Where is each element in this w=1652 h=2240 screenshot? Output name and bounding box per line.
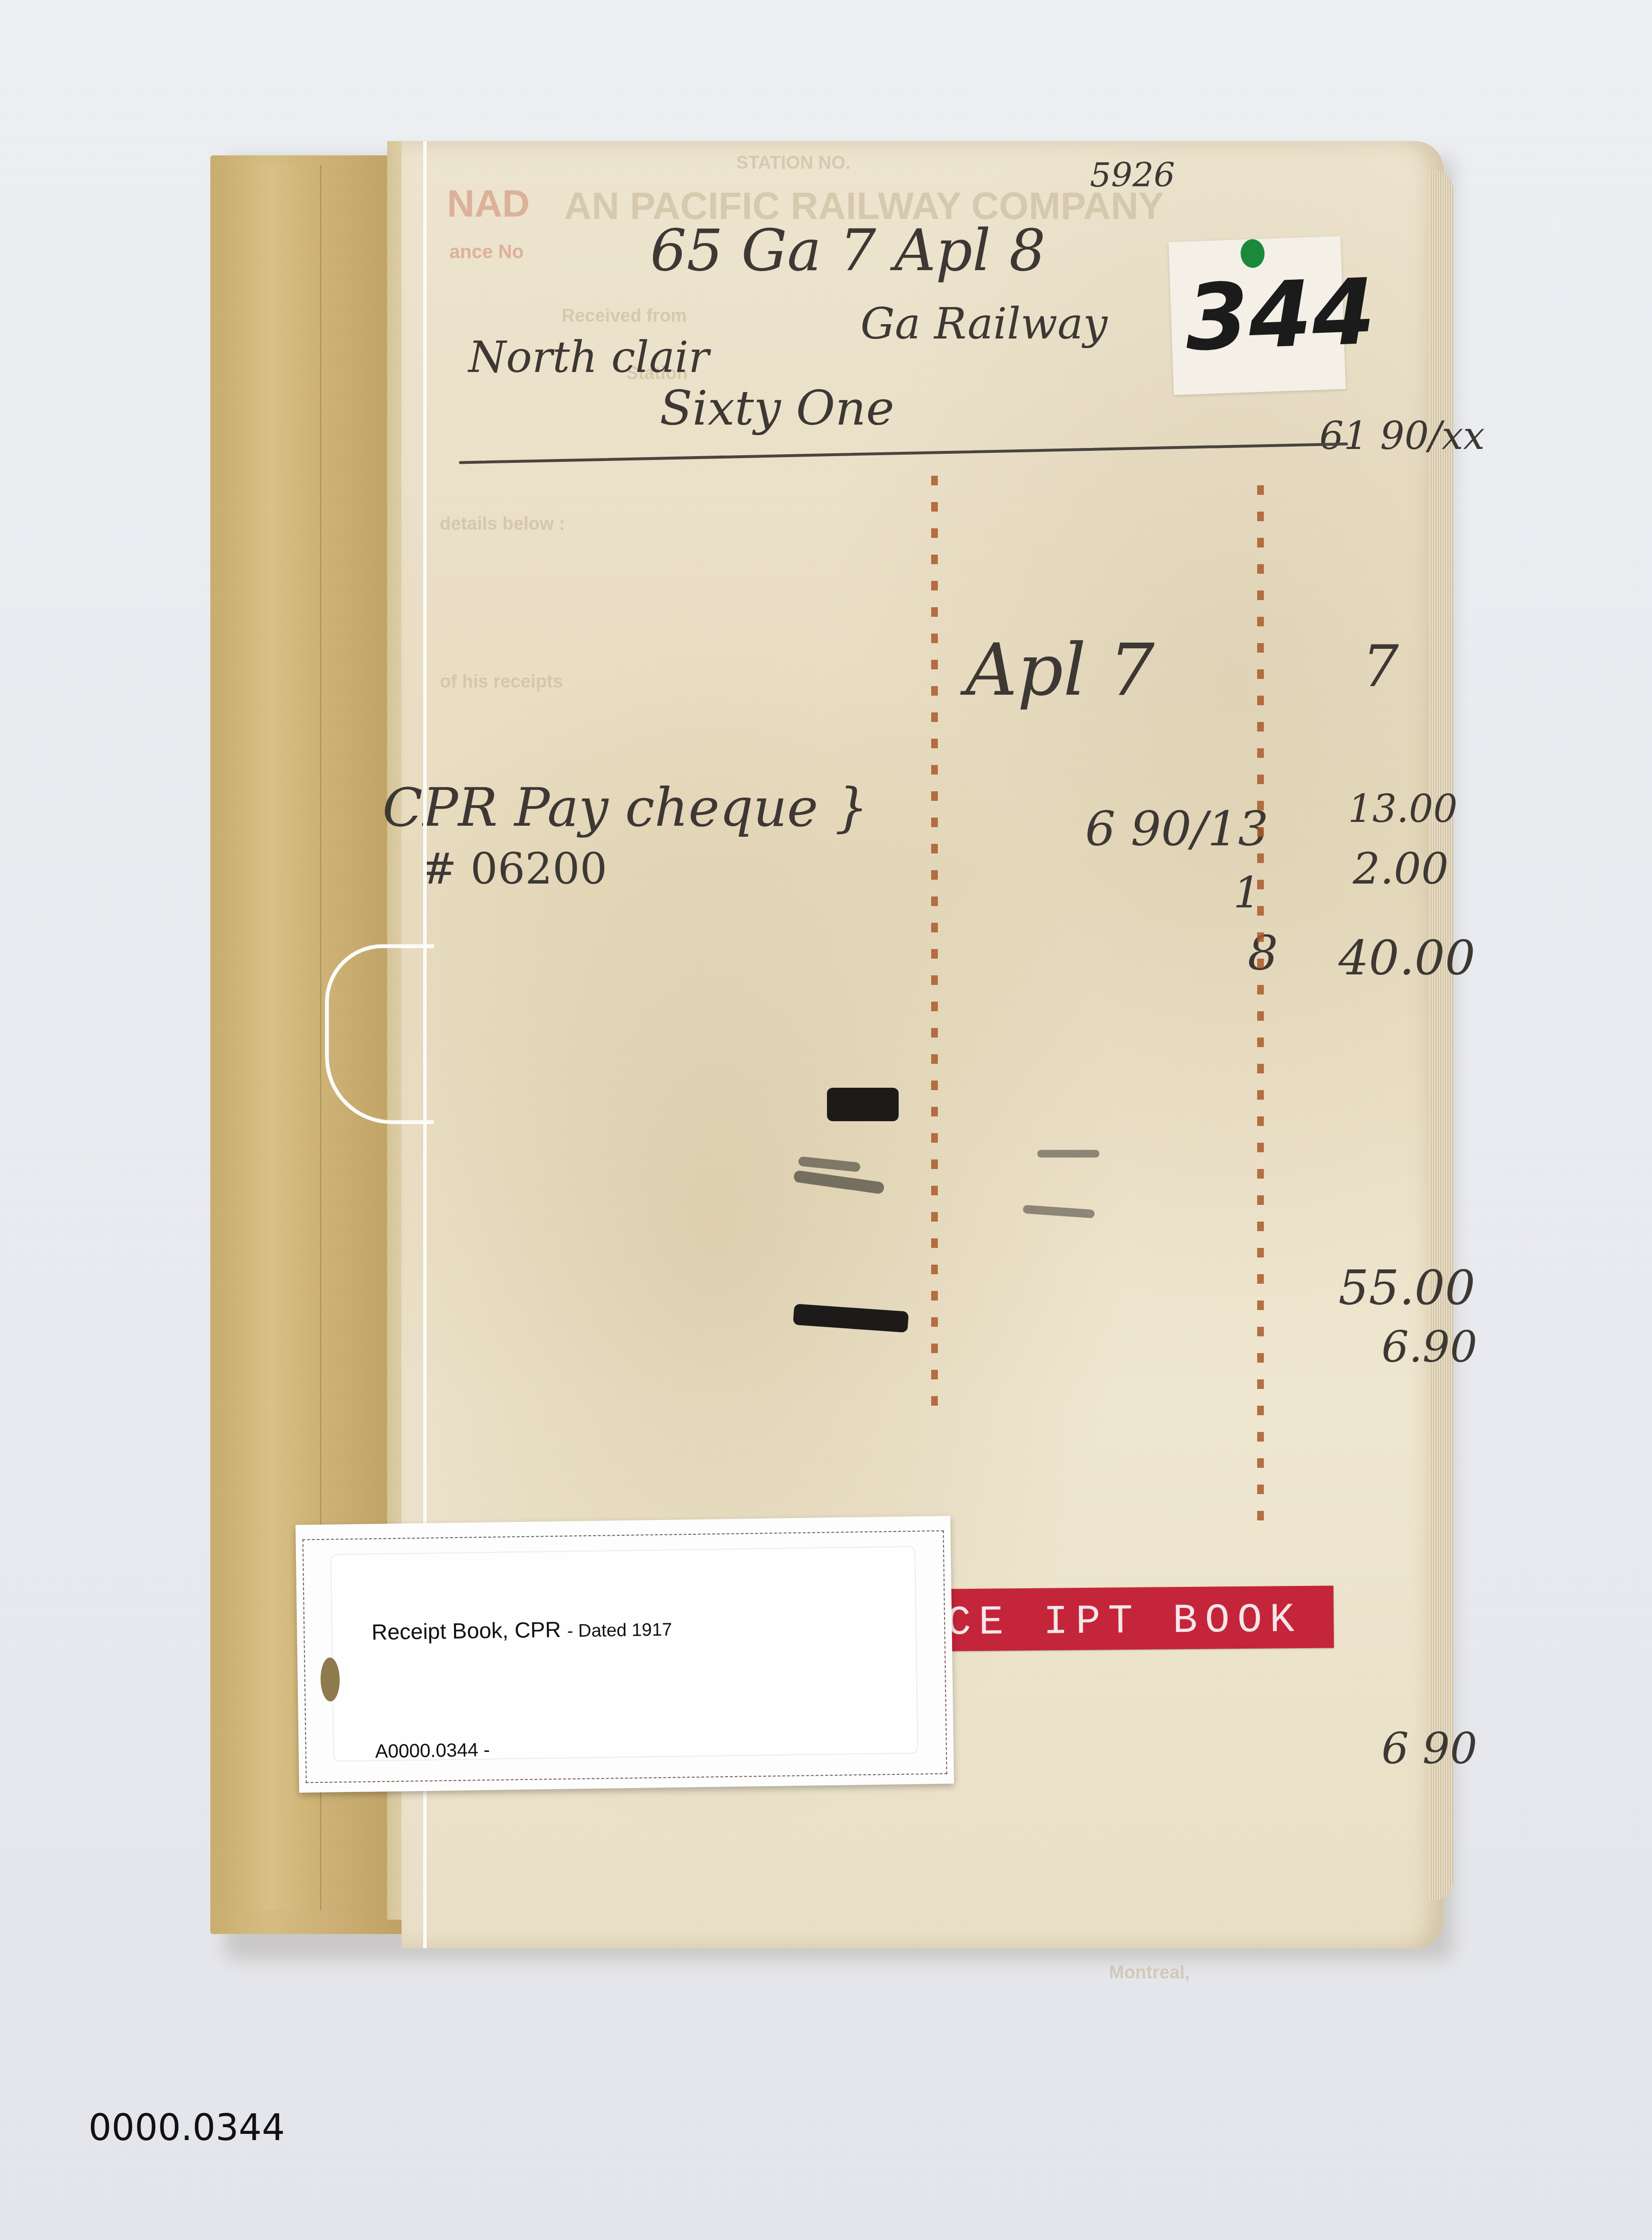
rust-stain-left [931,476,938,1408]
number-tag: 344 [1169,236,1346,395]
printed-received-from: Received from [562,306,687,327]
number-tag-value: 344 [1184,259,1377,371]
handwritten-right-55: 55.00 [1338,1260,1475,1316]
ink-mark-3 [793,1170,885,1194]
ink-mark-4 [1037,1150,1099,1158]
handwritten-date-right: 7 [1362,634,1399,700]
handwritten-entry-mid: 6 90/13 [1085,801,1269,857]
handwritten-line-3: North clair [468,332,709,382]
handwritten-right-2: 2.00 [1353,844,1448,894]
museum-tag-sticker: Receipt Book, CPR - Dated 1917 A0000.034… [330,1546,918,1761]
embossed-label: CE IPT BOOK [936,1585,1334,1651]
ink-mark-6 [793,1304,909,1333]
museum-tag: Receipt Book, CPR - Dated 1917 A0000.034… [295,1516,954,1792]
handwritten-line-1: 65 Ga 7 Apl 8 [650,218,1045,284]
rust-stain-right [1257,485,1264,1537]
printed-company-fragment: NAD [447,182,530,226]
ink-mark-2 [798,1156,860,1172]
ink-mark-5 [1023,1205,1095,1218]
handwritten-right-40: 40.00 [1338,930,1475,986]
museum-tag-title-text: Receipt Book, CPR [371,1617,561,1645]
printed-montreal: Montreal, [1109,1963,1190,1983]
printed-details-below: details below : [440,514,565,535]
handwritten-entry: CPR Pay cheque } [382,777,869,838]
handwritten-line-2: Ga Railway [860,299,1108,349]
handwritten-top-number: 5926 [1090,155,1175,195]
handwritten-amount-top: 61 90/xx [1319,414,1485,458]
museum-tag-accession: A0000.0344 - [375,1739,490,1762]
handwritten-mid-1: 1 [1233,868,1261,918]
handwritten-cheque-number: # 06200 [421,844,607,894]
embossed-label-text: CE IPT BOOK [946,1596,1303,1646]
handwritten-line-4: Sixty One [660,380,894,436]
printed-remittance-no: ance No [449,241,524,263]
museum-tag-date: - Dated 1917 [567,1620,672,1641]
handwritten-right-690: 6.90 [1381,1322,1477,1372]
handwritten-right-13: 13.00 [1348,787,1457,831]
printed-receipts: of his receipts [440,672,563,692]
binding-string-loop [325,944,434,1124]
museum-tag-title: Receipt Book, CPR - Dated 1917 [371,1615,672,1645]
printed-station-no: STATION NO. [736,153,850,174]
catalog-number: 0000.0344 [88,2106,285,2149]
handwritten-bottom-right: 6 90 [1381,1724,1477,1774]
ink-mark-1 [827,1088,899,1121]
handwritten-date: Apl 7 [966,629,1154,712]
handwritten-underline [459,443,1348,464]
